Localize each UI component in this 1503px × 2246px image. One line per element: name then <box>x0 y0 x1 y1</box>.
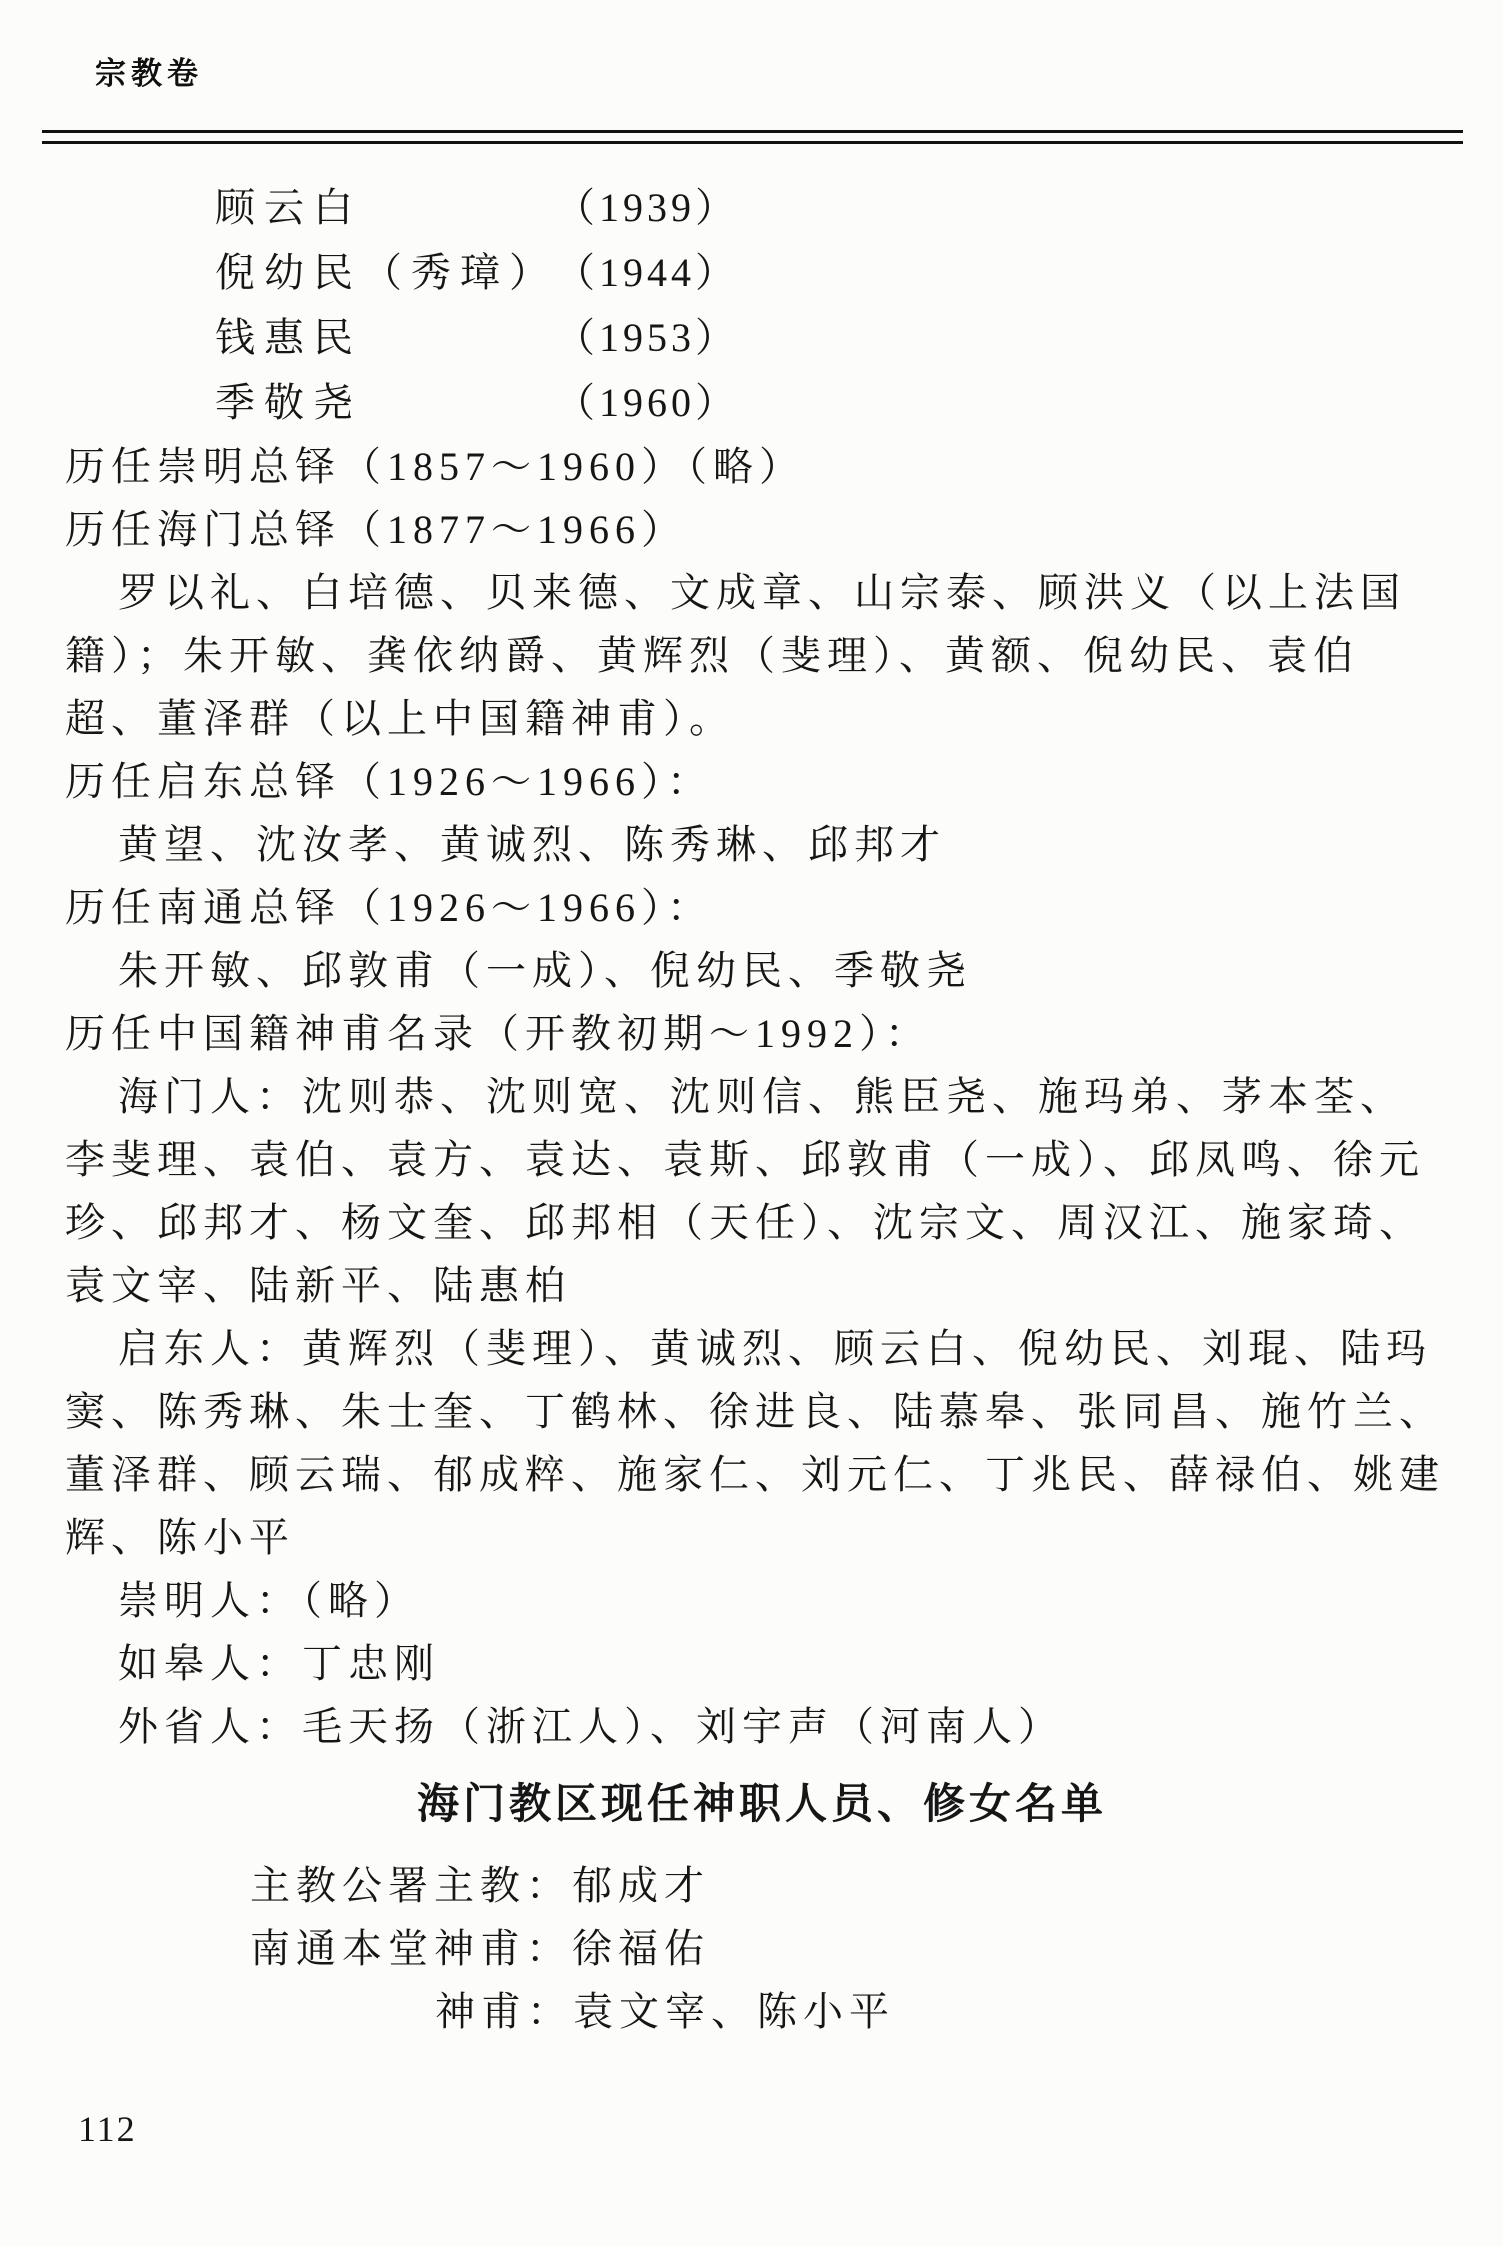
clergy-line-bishop: 主教公署主教：郁成才 <box>65 1854 1459 1917</box>
priest-year-row: 钱惠民 （1953） <box>65 305 1459 370</box>
priest-year-row: 顾云白 （1939） <box>65 175 1459 240</box>
body-line: 历任启东总铎（1926～1966）： <box>65 750 1459 813</box>
body-line: 籍）；朱开敏、龚依纳爵、黄辉烈（斐理）、黄额、倪幼民、袁伯 <box>65 624 1459 687</box>
priest-name: 钱惠民 <box>215 305 362 370</box>
body-line: 如皋人：丁忠刚 <box>65 1632 1459 1695</box>
body-line: 崇明人：（略） <box>65 1569 1459 1632</box>
body-line: 黄望、沈汝孝、黄诚烈、陈秀琳、邱邦才 <box>65 813 1459 876</box>
header-divider-rule <box>42 130 1463 144</box>
priest-name: 季敬尧 <box>215 370 362 435</box>
body-line: 历任崇明总铎（1857～1960）（略） <box>65 435 1459 498</box>
body-line: 历任中国籍神甫名录（开教初期～1992）： <box>65 1002 1459 1065</box>
body-line: 朱开敏、邱敦甫（一成）、倪幼民、季敬尧 <box>65 939 1459 1002</box>
body-line: 李斐理、袁伯、袁方、袁达、袁斯、邱敦甫（一成）、邱凤鸣、徐元 <box>65 1128 1459 1191</box>
body-line: 历任海门总铎（1877～1966） <box>65 498 1459 561</box>
priest-name: 倪幼民（秀璋） <box>215 240 558 305</box>
page-body: 顾云白 （1939） 倪幼民（秀璋） （1944） 钱惠民 （1953） 季敬尧… <box>65 175 1459 2043</box>
body-line: 历任南通总铎（1926～1966）： <box>65 876 1459 939</box>
page-number: 112 <box>78 2108 137 2150</box>
body-line: 窦、陈秀琳、朱士奎、丁鹤林、徐进良、陆慕皋、张同昌、施竹兰、 <box>65 1380 1459 1443</box>
priest-name: 顾云白 <box>215 175 362 240</box>
ordination-year: （1960） <box>555 370 739 435</box>
body-line: 辉、陈小平 <box>65 1506 1459 1569</box>
priest-year-row: 倪幼民（秀璋） （1944） <box>65 240 1459 305</box>
ordination-year: （1953） <box>555 305 739 370</box>
current-clergy-list: 主教公署主教：郁成才 南通本堂神甫：徐福佑 神甫：袁文宰、陈小平 <box>65 1854 1459 2043</box>
clergy-line-nantong-priest: 南通本堂神甫：徐福佑 <box>65 1917 1459 1980</box>
clergy-line-priests: 神甫：袁文宰、陈小平 <box>65 1980 1459 2043</box>
priest-year-row: 季敬尧 （1960） <box>65 370 1459 435</box>
body-line: 启东人：黄辉烈（斐理）、黄诚烈、顾云白、倪幼民、刘琨、陆玛 <box>65 1317 1459 1380</box>
ordination-year: （1944） <box>555 240 739 305</box>
scanned-book-page: 宗教卷 顾云白 （1939） 倪幼民（秀璋） （1944） 钱惠民 （1953）… <box>0 0 1503 2246</box>
body-line: 海门人：沈则恭、沈则宽、沈则信、熊臣尧、施玛弟、茅本荃、 <box>65 1065 1459 1128</box>
section-heading-current-clergy: 海门教区现任神职人员、修女名单 <box>65 1770 1459 1840</box>
running-head-volume-title: 宗教卷 <box>95 48 203 93</box>
body-line: 袁文宰、陆新平、陆惠柏 <box>65 1254 1459 1317</box>
body-line: 超、董泽群（以上中国籍神甫）。 <box>65 687 1459 750</box>
body-line: 外省人：毛天扬（浙江人）、刘宇声（河南人） <box>65 1695 1459 1758</box>
ordination-year: （1939） <box>555 175 739 240</box>
body-line: 罗以礼、白培德、贝来德、文成章、山宗泰、顾洪义（以上法国 <box>65 561 1459 624</box>
body-line: 董泽群、顾云瑞、郁成粹、施家仁、刘元仁、丁兆民、薛禄伯、姚建 <box>65 1443 1459 1506</box>
body-line: 珍、邱邦才、杨文奎、邱邦相（天任）、沈宗文、周汉江、施家琦、 <box>65 1191 1459 1254</box>
